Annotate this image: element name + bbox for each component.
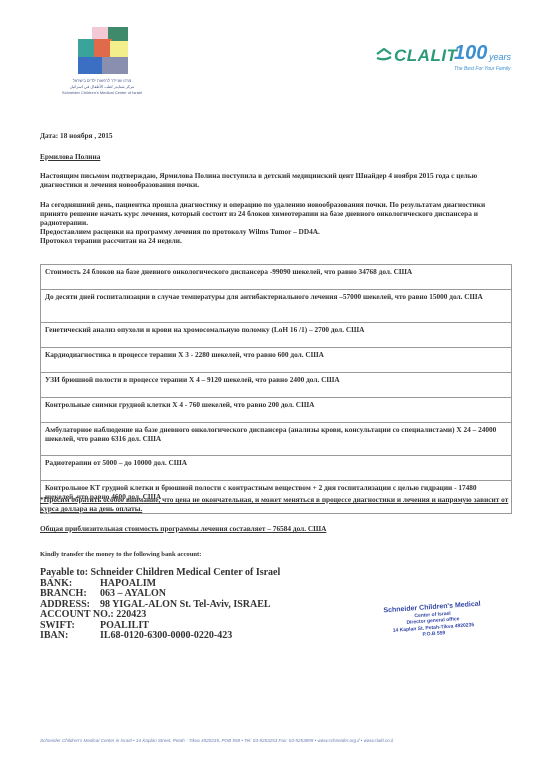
caption-english: Schneider Children's Medical Center of I…	[46, 90, 158, 96]
table-row: Кардиодиагностика в процессе терапии Х 3…	[41, 348, 512, 373]
price-note: *Просим обратить особое внимание, что це…	[40, 495, 515, 513]
cost-item: Генетический анализ опухоли и крови на х…	[41, 323, 512, 348]
total-cost: Общая приблизительная стоимость программ…	[40, 524, 326, 533]
letterhead-footer: Schneider Children's Medical Center in I…	[40, 738, 530, 743]
branch-row: BRANCH:063 – AYALON	[40, 589, 280, 600]
iban-label: IBAN:	[40, 631, 100, 642]
table-row: До десяти дней госпитализации в случае т…	[41, 290, 512, 323]
bank-intro: Kindly transfer the money to the followi…	[40, 550, 201, 559]
cost-item: УЗИ брюшной полости в процессе терапии Х…	[41, 373, 512, 398]
letter-paragraph-2: На сегодняшний день, пациентка прошла ди…	[40, 200, 510, 245]
branch-value: 063 – AYALON	[100, 589, 166, 600]
duration-line: Протокол терапии рассчитан на 24 недели.	[40, 236, 510, 245]
cost-item: Радиотерапии от 5000 – до 10000 дол. США	[41, 456, 512, 481]
official-stamp: Schneider Children's Medical Center of I…	[377, 601, 489, 641]
table-row: Амбулаторное наблюдение на базе дневного…	[41, 423, 512, 456]
payable-to: Payable to: Schneider Children Medical C…	[40, 568, 280, 579]
cost-item: Амбулаторное наблюдение на базе дневного…	[41, 423, 512, 456]
schneider-logo	[78, 27, 128, 74]
account-row: ACCOUNT NO.: 220423	[40, 610, 280, 621]
iban-row: IBAN:IL68-0120-6300-0000-0220-423	[40, 631, 280, 642]
clalit-years: years	[489, 52, 511, 62]
table-row: Контрольные снимки грудной клетки Х 4 - …	[41, 398, 512, 423]
cost-item: Кардиодиагностика в процессе терапии Х 3…	[41, 348, 512, 373]
account-value: 220423	[116, 610, 146, 621]
branch-label: BRANCH:	[40, 589, 100, 600]
clalit-anniversary: 100	[454, 42, 487, 65]
account-label: ACCOUNT NO.:	[40, 610, 114, 621]
letter-date: Дата: 18 ноября , 2015	[40, 131, 113, 140]
protocol-line: Предоставлием расценки на программу лече…	[40, 227, 510, 236]
letter-paragraph-1: Настоящим письмом подтверждаю, Ярмилова …	[40, 171, 510, 189]
clalit-logo: CLALIT 100 years The Best For Your Famil…	[374, 40, 514, 80]
clalit-tagline: The Best For Your Family	[454, 66, 511, 72]
table-row: Стоимость 24 блоков на базе дневного онк…	[41, 265, 512, 290]
table-row: УЗИ брюшной полости в процессе терапии Х…	[41, 373, 512, 398]
cost-item: Контрольные снимки грудной клетки Х 4 - …	[41, 398, 512, 423]
schneider-logo-caption: מרכז שניידר לרפואת ילדים בישראל مركز شنا…	[46, 78, 158, 96]
table-row: Генетический анализ опухоли и крови на х…	[41, 323, 512, 348]
table-row: Радиотерапии от 5000 – до 10000 дол. США	[41, 456, 512, 481]
clalit-brand: CLALIT	[394, 46, 457, 66]
bank-details: Payable to: Schneider Children Medical C…	[40, 568, 280, 642]
clalit-logo-icon	[376, 48, 392, 62]
puzzle-logo-icon	[78, 27, 128, 74]
cost-item: До десяти дней госпитализации в случае т…	[41, 290, 512, 323]
letter-recipient: Ермилова Полина	[40, 152, 100, 161]
paragraph-2-line: На сегодняшний день, пациентка прошла ди…	[40, 200, 510, 227]
cost-table: Стоимость 24 блоков на базе дневного онк…	[40, 264, 512, 514]
iban-value: IL68-0120-6300-0000-0220-423	[100, 631, 232, 642]
cost-item: Стоимость 24 блоков на базе дневного онк…	[41, 265, 512, 290]
